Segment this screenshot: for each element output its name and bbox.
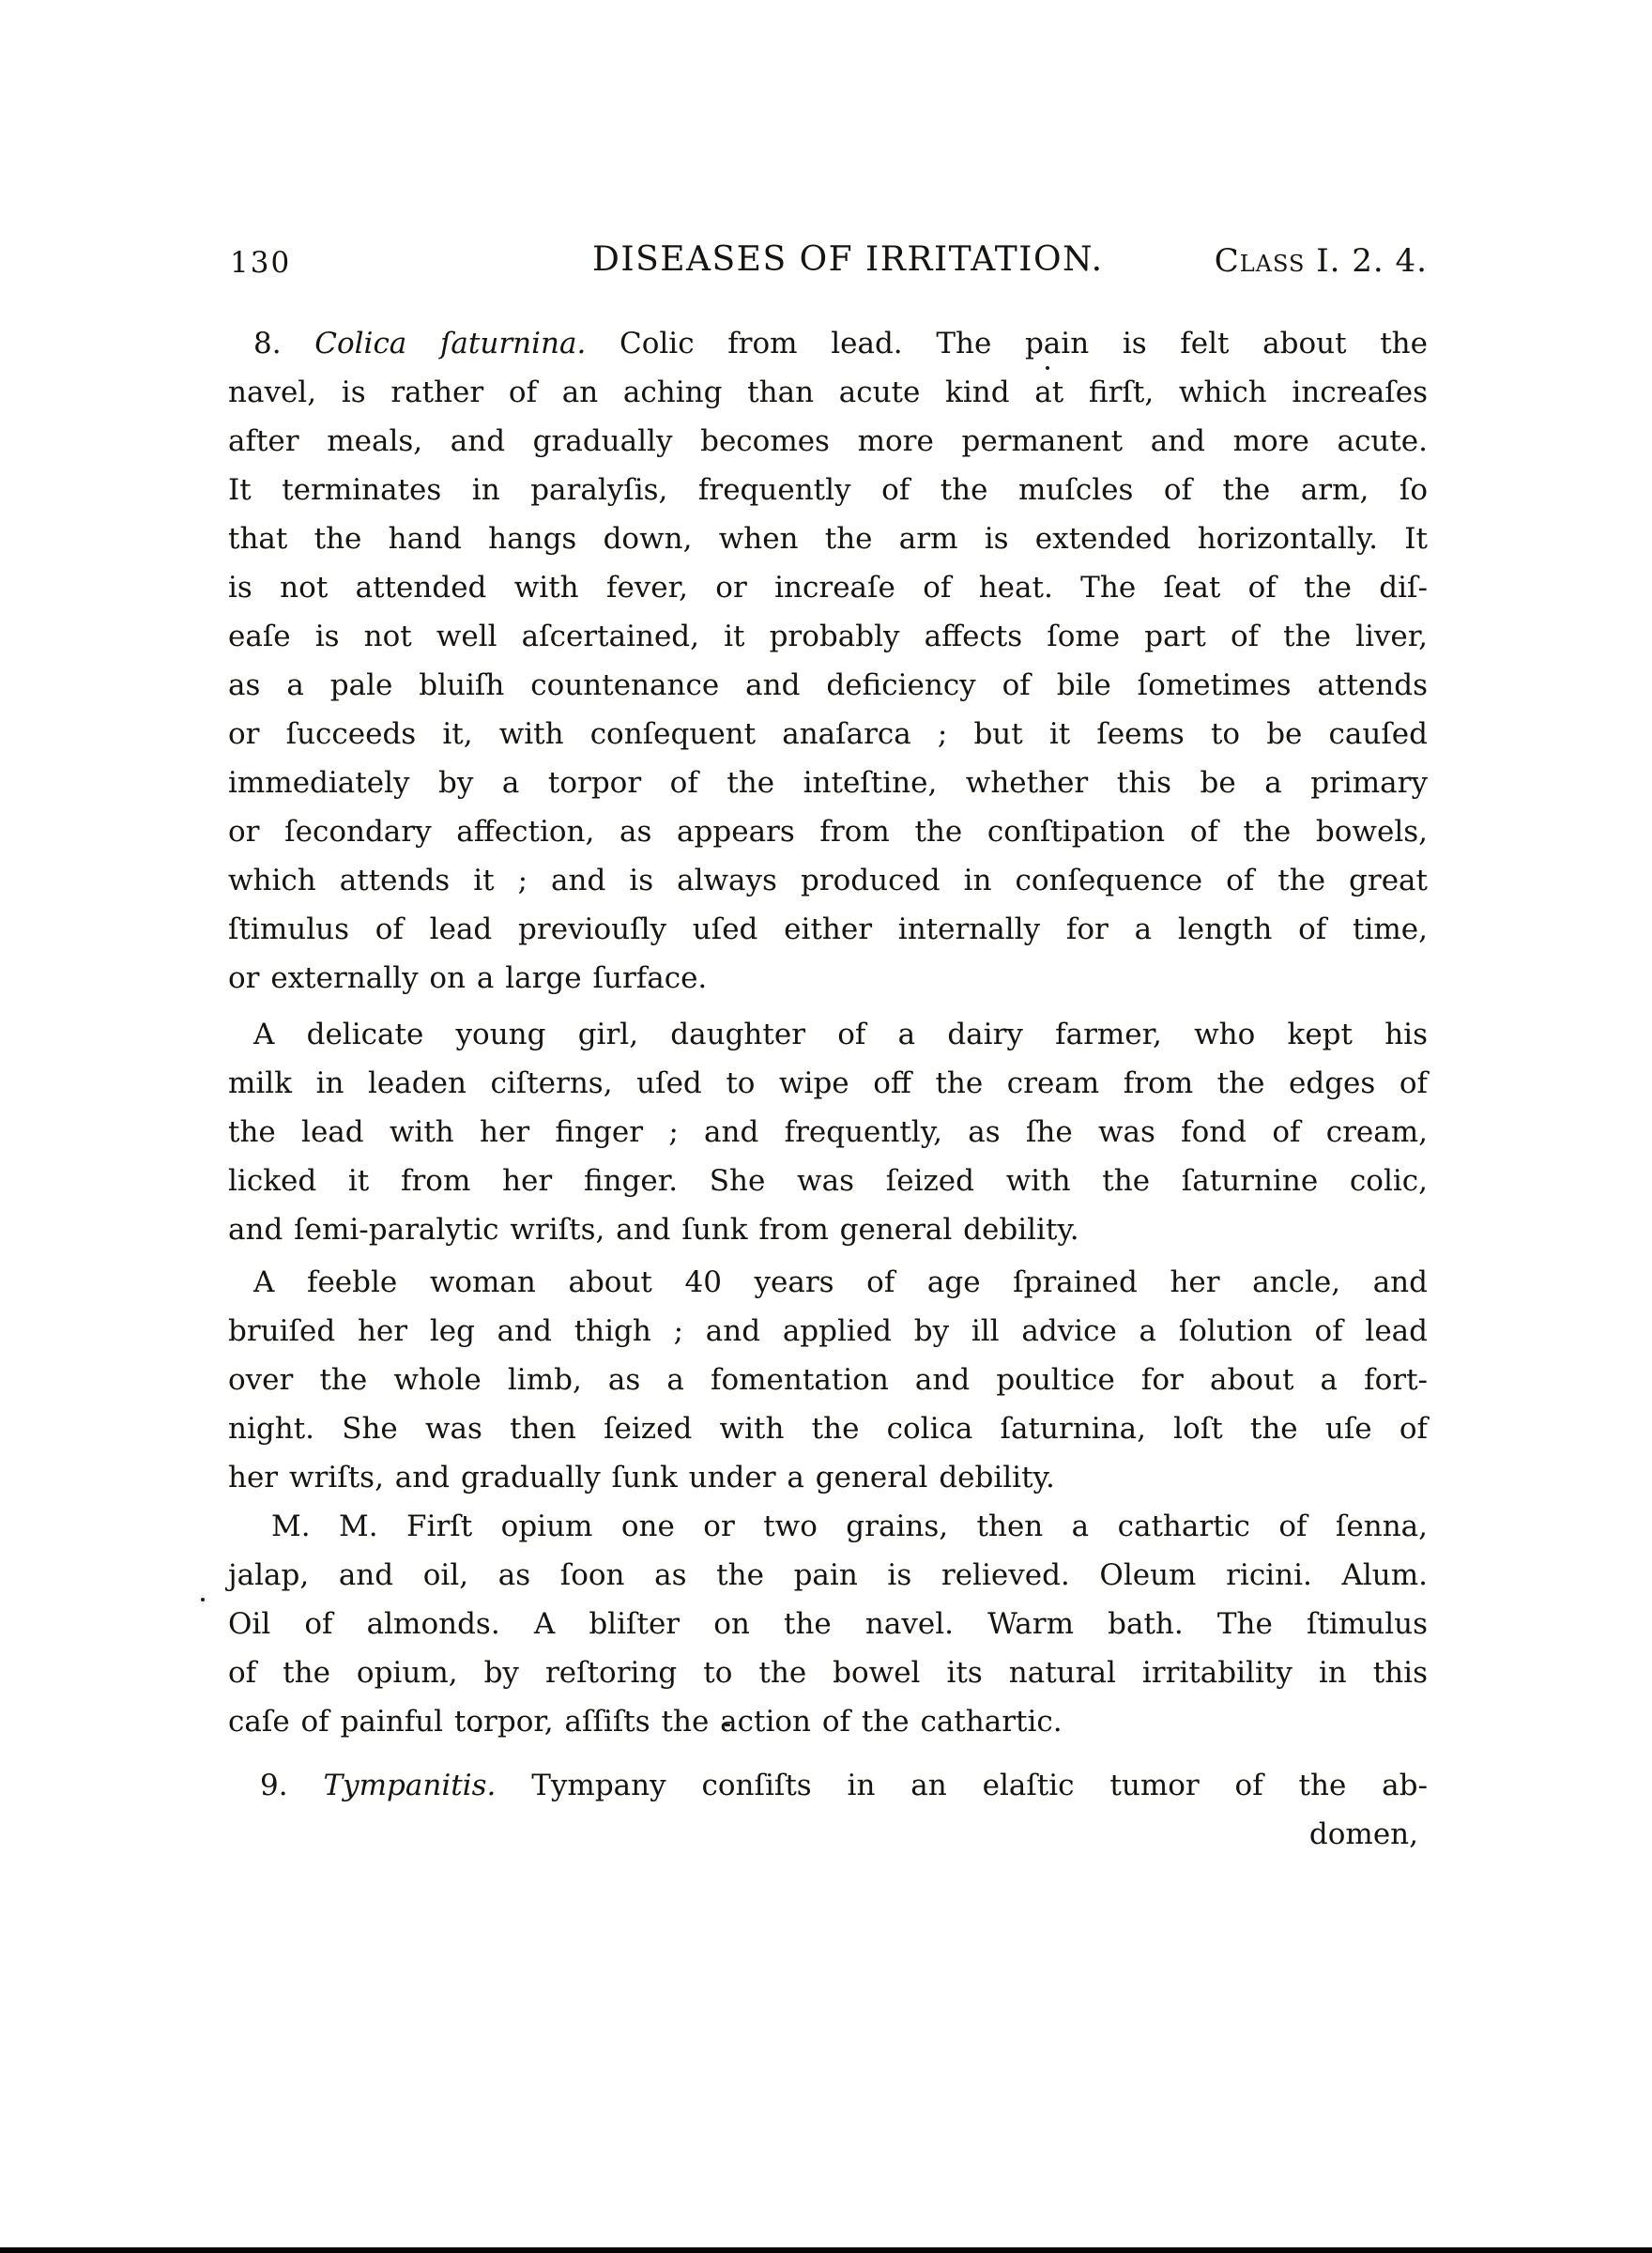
text-segment: Tympany conſiſts in an elaſtic tumor of …	[496, 1769, 1428, 1802]
scan-speck	[201, 1598, 205, 1602]
paragraph-case-dairy-girl: A delicate young girl, daughter of a dai…	[228, 1010, 1428, 1254]
scan-speck	[1046, 366, 1049, 370]
text-line: eaſe is not well aſcertained, it probabl…	[228, 612, 1428, 661]
text-line: 9. Tympanitis. Tympany conſiſts in an el…	[228, 1761, 1428, 1810]
page-header: 130 DISEASES OF IRRITATION. Class I. 2. …	[228, 240, 1428, 280]
text-line: navel, is rather of an aching than acute…	[228, 368, 1428, 417]
text-line: or ſucceeds it, with conſequent anaſarca…	[228, 710, 1428, 759]
text-line: that the hand hangs down, when the arm i…	[228, 514, 1428, 563]
paragraph-case-feeble-woman: A feeble woman about 40 years of age ſpr…	[228, 1258, 1428, 1502]
text-line: the lead with her finger ; and frequentl…	[228, 1108, 1428, 1157]
scan-speck	[725, 1724, 730, 1726]
text-line: M. M. Firſt opium one or two grains, the…	[228, 1502, 1428, 1551]
text-line: after meals, and gradually becomes more …	[228, 417, 1428, 466]
text-line: bruiſed her leg and thigh ; and applied …	[228, 1307, 1428, 1356]
text-line: Oil of almonds. A bliſter on the navel. …	[228, 1600, 1428, 1648]
text-line: milk in leaden ciſterns, uſed to wipe of…	[228, 1059, 1428, 1108]
scan-edge	[0, 2247, 1652, 2253]
text-line: her wriſts, and gradually ſunk under a g…	[228, 1453, 1428, 1502]
text-line: or externally on a large ſurface.	[228, 954, 1428, 1003]
text-segment: 9.	[260, 1769, 323, 1802]
text-line: of the opium, by reſtoring to the bowel …	[228, 1648, 1428, 1697]
book-page-scan: 130 DISEASES OF IRRITATION. Class I. 2. …	[0, 0, 1652, 2253]
text-segment: Colic from lead. The pain is felt about …	[586, 327, 1428, 360]
italic-term: Tympanitis.	[323, 1769, 496, 1802]
catchword: domen,	[228, 1810, 1428, 1859]
text-block: 130 DISEASES OF IRRITATION. Class I. 2. …	[228, 240, 1428, 1859]
text-line: immediately by a torpor of the inteſtine…	[228, 759, 1428, 807]
running-title: DISEASES OF IRRITATION.	[592, 240, 1104, 279]
text-line: as a pale bluiſh countenance and deficie…	[228, 661, 1428, 710]
text-line: A delicate young girl, daughter of a dai…	[228, 1010, 1428, 1059]
page-number: 130	[230, 246, 291, 280]
text-line: which attends it ; and is always produce…	[228, 856, 1428, 905]
text-line: night. She was then ſeized with the coli…	[228, 1404, 1428, 1453]
text-line: It terminates in paralyſis, frequently o…	[228, 466, 1428, 514]
text-line: jalap, and oil, as ſoon as the pain is r…	[228, 1551, 1428, 1600]
text-segment: 8.	[253, 327, 314, 360]
paragraph-materia-medica: M. M. Firſt opium one or two grains, the…	[228, 1502, 1428, 1746]
text-line: A feeble woman about 40 years of age ſpr…	[228, 1258, 1428, 1307]
text-line: and ſemi-paralytic wriſts, and ſunk from…	[228, 1205, 1428, 1254]
scan-speck	[474, 1729, 480, 1732]
text-line: caſe of painful torpor, aſſiſts the acti…	[228, 1697, 1428, 1746]
text-line: 8. Colica ſaturnina. Colic from lead. Th…	[228, 319, 1428, 368]
text-line: is not attended with fever, or increaſe …	[228, 563, 1428, 612]
text-line: or ſecondary affection, as appears from …	[228, 807, 1428, 856]
text-line: licked it from her finger. She was ſeize…	[228, 1157, 1428, 1205]
text-line: over the whole limb, as a fomentation an…	[228, 1356, 1428, 1404]
italic-term: Colica ſaturnina.	[314, 327, 586, 360]
text-line: ſtimulus of lead previouſly uſed either …	[228, 905, 1428, 954]
class-label: Class I. 2. 4.	[1215, 242, 1428, 280]
paragraph-tympanitis: 9. Tympanitis. Tympany conſiſts in an el…	[228, 1761, 1428, 1810]
paragraph-colica-saturnina: 8. Colica ſaturnina. Colic from lead. Th…	[228, 319, 1428, 1003]
